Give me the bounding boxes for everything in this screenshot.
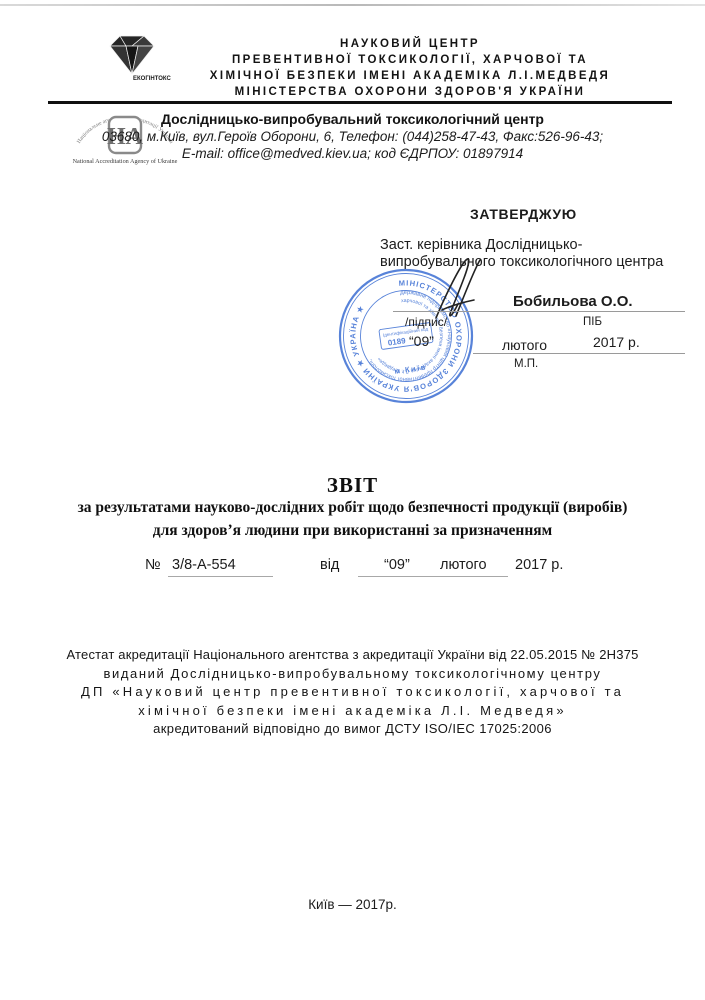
document-title: ЗВІТ — [0, 473, 705, 498]
accreditation-line2: виданий Дослідницько-випробувальному ток… — [0, 665, 705, 684]
signature-underline — [393, 311, 685, 312]
org-header: НАУКОВИЙ ЦЕНТР ПРЕВЕНТИВНОЇ ТОКСИКОЛОГІЇ… — [140, 36, 680, 100]
approval-year: 2017 р. — [593, 334, 640, 350]
approve-heading: ЗАТВЕРДЖУЮ — [470, 206, 577, 222]
org-header-line3: ХІМІЧНОЇ БЕЗПЕКИ ІМЕНІ АКАДЕМІКА Л.І.МЕД… — [140, 68, 680, 84]
accreditation-line4: хімічної безпеки імені академіка Л.І. Ме… — [0, 702, 705, 721]
approver-name: Бобильова О.О. — [513, 293, 633, 310]
city-year-footer: Київ — 2017р. — [0, 897, 705, 912]
seal-place-label: М.П. — [514, 358, 538, 370]
number-sign: № — [145, 557, 161, 573]
from-label: від — [320, 557, 339, 573]
report-number: 3/8-А-554 — [172, 557, 236, 573]
document-subtitle-line1: за результатами науково-дослідних робіт … — [0, 499, 705, 517]
org-header-line1: НАУКОВИЙ ЦЕНТР — [140, 36, 680, 52]
center-email-line: E-mail: office@medved.kiev.ua; код ЄДРПО… — [0, 146, 705, 161]
signature-label: /підпис/ — [405, 315, 447, 329]
org-header-line2: ПРЕВЕНТИВНОЇ ТОКСИКОЛОГІЇ, ХАРЧОВОЇ ТА — [140, 52, 680, 68]
report-year: 2017 р. — [515, 557, 563, 573]
report-day: “09” — [384, 557, 410, 573]
scan-edge-line — [0, 4, 705, 6]
report-cover-page: ЕКОГІНТОКС НАУКОВИЙ ЦЕНТР ПРЕВЕНТИВНОЇ Т… — [0, 0, 705, 1000]
accreditation-paragraph: Атестат акредитації Національного агентс… — [0, 646, 705, 739]
approver-position-line1: Заст. керівника Дослідницько- — [380, 237, 582, 253]
approval-day: “09” — [409, 333, 434, 349]
center-address: 03680, м.Київ, вул.Героїв Оборони, 6, Те… — [0, 129, 705, 144]
center-name: Дослідницько-випробувальний токсикологіч… — [0, 111, 705, 127]
accreditation-line5: акредитований відповідно до вимог ДСТУ I… — [0, 720, 705, 739]
org-header-line4: МІНІСТЕРСТВА ОХОРОНИ ЗДОРОВ'Я УКРАЇНИ — [140, 84, 680, 100]
name-label: ПІБ — [583, 316, 602, 328]
document-subtitle-line2: для здоров’я людини при використанні за … — [0, 522, 705, 540]
accreditation-line3: ДП «Науковий центр превентивної токсикол… — [0, 683, 705, 702]
report-date-underline — [358, 576, 508, 577]
report-number-underline — [168, 576, 273, 577]
approval-month: лютого — [502, 337, 547, 353]
accreditation-line1: Атестат акредитації Національного агентс… — [0, 646, 705, 665]
report-month: лютого — [440, 557, 487, 573]
date-underline — [473, 353, 685, 354]
